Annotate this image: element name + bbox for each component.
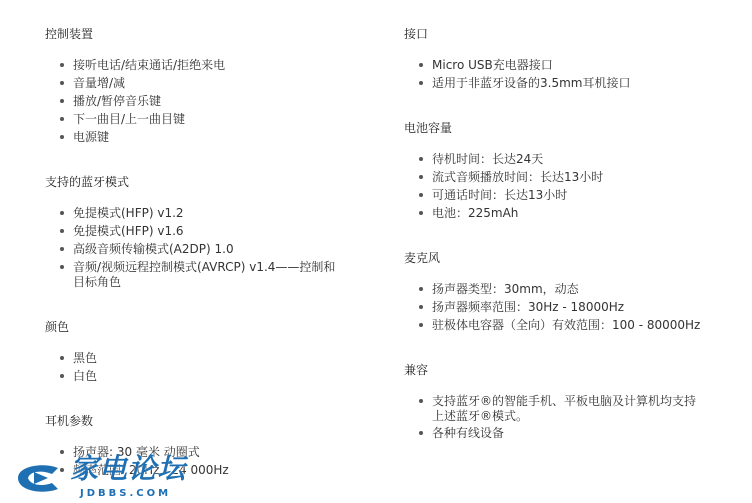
controls-list: 接听电话/结束通话/拒绝来电 音量增/减 播放/暂停音乐键 下一曲目/上一曲目键… [45, 56, 365, 146]
colors-list: 黑色 白色 [45, 349, 345, 385]
list-item: 待机时间：长达24天 [404, 150, 734, 168]
list-item: 电源键 [45, 128, 365, 146]
section-title: 颜色 [45, 319, 365, 335]
watermark-text: 家电论坛 [70, 453, 186, 485]
list-item: 驻极体电容器（全向）有效范围：100 - 80000Hz [404, 316, 744, 334]
list-item: 扬声器类型：30mm，动态 [404, 280, 744, 298]
section-title: 兼容 [404, 362, 734, 378]
list-item: 扬声器频率范围：30Hz - 18000Hz [404, 298, 744, 316]
section-compatibility: 兼容 支持蓝牙®的智能手机、平板电脑及计算机均支持上述蓝牙®模式。 各种有线设备 [404, 362, 734, 378]
section-title: 接口 [404, 26, 734, 42]
list-item: 下一曲目/上一曲目键 [45, 110, 365, 128]
list-item: 免提模式(HFP) v1.6 [45, 222, 345, 240]
section-title: 控制装置 [45, 26, 365, 42]
section-battery: 电池容量 待机时间：长达24天 流式音频播放时间：长达13小时 可通话时间：长达… [404, 120, 734, 136]
site-logo-icon [8, 458, 68, 498]
list-item: 白色 [45, 367, 345, 385]
list-item: 黑色 [45, 349, 345, 367]
watermark: 家电论坛 JDBBS.COM [8, 452, 228, 502]
ports-list: Micro USB充电器接口 适用于非蓝牙设备的3.5mm耳机接口 [404, 56, 734, 92]
list-item: 支持蓝牙®的智能手机、平板电脑及计算机均支持上述蓝牙®模式。 [404, 392, 704, 424]
section-title: 耳机参数 [45, 413, 365, 429]
list-item: 接听电话/结束通话/拒绝来电 [45, 56, 365, 74]
section-ports: 接口 Micro USB充电器接口 适用于非蓝牙设备的3.5mm耳机接口 [404, 26, 734, 42]
list-item: 流式音频播放时间：长达13小时 [404, 168, 734, 186]
list-item: Micro USB充电器接口 [404, 56, 734, 74]
section-colors: 颜色 黑色 白色 [45, 319, 365, 335]
section-title: 麦克风 [404, 250, 734, 266]
list-item: 电池：225mAh [404, 204, 734, 222]
compatibility-list: 支持蓝牙®的智能手机、平板电脑及计算机均支持上述蓝牙®模式。 各种有线设备 [404, 392, 704, 442]
list-item: 播放/暂停音乐键 [45, 92, 365, 110]
bluetooth-profiles-list: 免提模式(HFP) v1.2 免提模式(HFP) v1.6 高级音频传输模式(A… [45, 204, 345, 290]
section-title: 电池容量 [404, 120, 734, 136]
list-item: 可通话时间：长达13小时 [404, 186, 734, 204]
microphone-list: 扬声器类型：30mm，动态 扬声器频率范围：30Hz - 18000Hz 驻极体… [404, 280, 744, 334]
list-item: 各种有线设备 [404, 424, 704, 442]
section-microphone: 麦克风 扬声器类型：30mm，动态 扬声器频率范围：30Hz - 18000Hz… [404, 250, 734, 266]
list-item: 免提模式(HFP) v1.2 [45, 204, 345, 222]
list-item: 适用于非蓝牙设备的3.5mm耳机接口 [404, 74, 734, 92]
section-title: 支持的蓝牙模式 [45, 174, 365, 190]
battery-list: 待机时间：长达24天 流式音频播放时间：长达13小时 可通话时间：长达13小时 … [404, 150, 734, 222]
list-item: 音频/视频远程控制模式(AVRCP) v1.4——控制和目标角色 [45, 258, 345, 290]
watermark-domain: JDBBS.COM [80, 488, 171, 499]
list-item: 音量增/减 [45, 74, 365, 92]
section-bluetooth-profiles: 支持的蓝牙模式 免提模式(HFP) v1.2 免提模式(HFP) v1.6 高级… [45, 174, 365, 190]
section-controls: 控制装置 接听电话/结束通话/拒绝来电 音量增/减 播放/暂停音乐键 下一曲目/… [45, 26, 365, 42]
list-item: 高级音频传输模式(A2DP) 1.0 [45, 240, 345, 258]
section-headphone-specs: 耳机参数 扬声器: 30 毫米 动圈式 频率范围: 20Hz - 24 000H… [45, 413, 365, 429]
